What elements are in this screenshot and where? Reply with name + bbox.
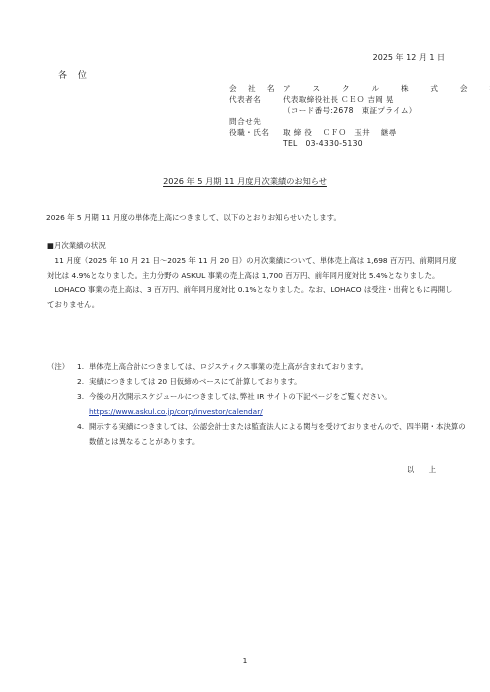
notes-label: （注）: [47, 359, 77, 374]
contact-person: 取 締 役 ＣＦＯ 玉井 継尋: [283, 127, 396, 138]
stock-code: （コード番号:2678 東証プライム）: [283, 105, 417, 116]
document-date: 2025 年 12 月 1 日: [373, 52, 445, 63]
monthly-results-section: ■月次業績の状況 11 月度（2025 年 10 月 21 日～2025 年 1…: [47, 239, 457, 313]
position-label: 役職・氏名: [229, 127, 283, 138]
company-name-label: 会 社 名: [229, 83, 275, 94]
note-item: （注） 1. 単体売上高合計につきましては、ロジスティクス事業の売上高が含まれて…: [47, 359, 467, 374]
contact-label: 問合せ先: [229, 116, 283, 127]
ir-calendar-link[interactable]: https://www.askul.co.jp/corp/investor/ca…: [89, 407, 263, 416]
contact-row: 問合せ先: [229, 116, 490, 127]
contact-person-row: 役職・氏名 取 締 役 ＣＦＯ 玉井 継尋: [229, 127, 490, 138]
addressee: 各 位: [58, 68, 91, 81]
notes-section: （注） 1. 単体売上高合計につきましては、ロジスティクス事業の売上高が含まれて…: [47, 359, 467, 449]
closing-mark: 以 上: [407, 464, 442, 475]
page-number: 1: [0, 656, 490, 665]
results-paragraph-2: LOHACO 事業の売上高は、3 百万円、前年同月度対比 0.1%となりました。…: [47, 283, 457, 313]
company-name-row: 会 社 名 ア ス ク ル 株 式 会 社: [229, 83, 490, 94]
telephone: TEL 03-4330-5130: [283, 138, 363, 149]
representative-label: 代表者名: [229, 94, 283, 105]
note-item: 4. 開示する実績につきましては、公認会計士または監査法人による関与を受けており…: [47, 419, 467, 449]
intro-text: 2026 年 5 月期 11 月度の単体売上高につきまして、以下のとおりお知らせ…: [46, 212, 341, 223]
results-paragraph-1: 11 月度（2025 年 10 月 21 日～2025 年 11 月 20 日）…: [47, 254, 457, 284]
tel-row: TEL 03-4330-5130: [229, 138, 490, 149]
representative-row: 代表者名 代表取締役社長 ＣＥＯ 吉岡 晃: [229, 94, 490, 105]
company-info-block: 会 社 名 ア ス ク ル 株 式 会 社 代表者名 代表取締役社長 ＣＥＯ 吉…: [229, 83, 490, 149]
note-item: 3. 今後の月次開示スケジュールにつきましては､弊社 IR サイトの下記ページを…: [47, 389, 467, 419]
stock-code-row: （コード番号:2678 東証プライム）: [229, 105, 490, 116]
note-item: 2. 実績につきましては 20 日仮締めベースにて計算しております。: [47, 374, 467, 389]
document-title: 2026 年 5 月期 11 月度月次業績のお知らせ: [0, 176, 490, 187]
section-heading: ■月次業績の状況: [47, 239, 457, 254]
company-name-value: ア ス ク ル 株 式 会 社: [283, 83, 490, 94]
representative-value: 代表取締役社長 ＣＥＯ 吉岡 晃: [283, 94, 394, 105]
